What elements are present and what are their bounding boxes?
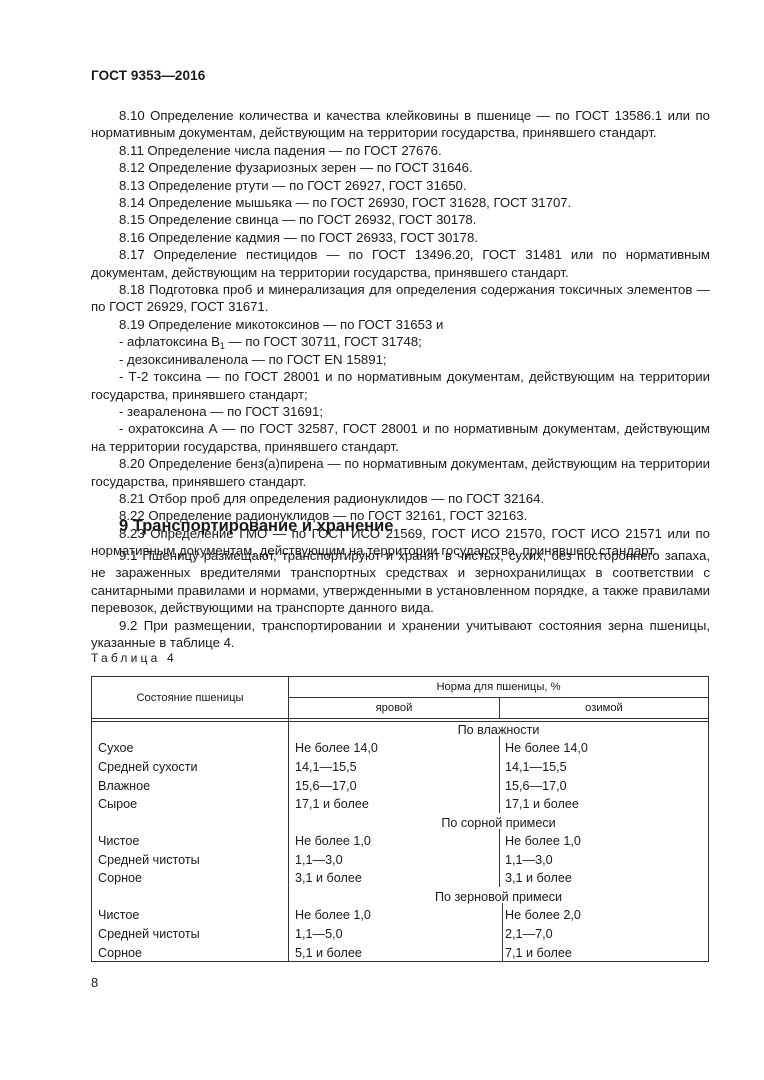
- aflatoxin-item: - афлатоксина B1 — по ГОСТ 30711, ГОСТ 3…: [91, 333, 710, 350]
- cell-state: Средней чистоты: [98, 851, 200, 870]
- column-divider: [499, 829, 500, 887]
- cell-spring: 1,1—3,0: [295, 851, 343, 870]
- cell-winter: 17,1 и более: [505, 795, 579, 814]
- paragraph: - зеараленона — по ГОСТ 31691;: [91, 403, 710, 420]
- column-divider: [502, 903, 503, 961]
- table-row: Сорное3,1 и более3,1 и более: [92, 869, 708, 888]
- cell-winter: 7,1 и более: [505, 944, 572, 963]
- cell-winter: Не более 1,0: [505, 832, 581, 851]
- table-row: Сорное5,1 и более7,1 и более: [92, 944, 708, 963]
- paragraph: 8.19 Определение микотоксинов — по ГОСТ …: [91, 316, 710, 333]
- column-divider: [499, 736, 500, 812]
- cell-state: Чистое: [98, 832, 139, 851]
- cell-winter: 1,1—3,0: [505, 851, 553, 870]
- paragraph: - Т-2 токсина — по ГОСТ 28001 и по норма…: [91, 368, 710, 403]
- table-row: Сырое17,1 и более17,1 и более: [92, 795, 708, 814]
- page-number: 8: [91, 975, 98, 990]
- cell-spring: 1,1—5,0: [295, 925, 343, 944]
- header-norm: Норма для пшеницы, %: [289, 677, 708, 698]
- table-row: ЧистоеНе более 1,0Не более 2,0: [92, 906, 708, 925]
- paragraph: 8.17 Определение пестицидов — по ГОСТ 13…: [91, 246, 710, 281]
- table-row: ЧистоеНе более 1,0Не более 1,0: [92, 832, 708, 851]
- cell-state: Сорное: [98, 944, 142, 963]
- paragraph: 8.12 Определение фузариозных зерен — по …: [91, 159, 710, 176]
- paragraph: 8.14 Определение мышьяка — по ГОСТ 26930…: [91, 194, 710, 211]
- cell-spring: Не более 1,0: [295, 832, 371, 851]
- paragraph: 8.13 Определение ртути — по ГОСТ 26927, …: [91, 177, 710, 194]
- cell-winter: Не более 2,0: [505, 906, 581, 925]
- table-row: Средней сухости14,1—15,514,1—15,5: [92, 758, 708, 777]
- cell-state: Средней чистоты: [98, 925, 200, 944]
- cell-state: Сухое: [98, 739, 134, 758]
- cell-winter: 2,1—7,0: [505, 925, 553, 944]
- aflatoxin-suffix: — по ГОСТ 30711, ГОСТ 31748;: [225, 334, 422, 349]
- paragraph: - охратоксина А — по ГОСТ 32587, ГОСТ 28…: [91, 420, 710, 455]
- methods-section: 8.10 Определение количества и качества к…: [91, 107, 710, 560]
- section-heading: 9 Транспортирование и хранение: [119, 517, 393, 536]
- cell-state: Средней сухости: [98, 758, 198, 777]
- paragraph: 8.10 Определение количества и качества к…: [91, 107, 710, 142]
- cell-spring: Не более 1,0: [295, 906, 371, 925]
- aflatoxin-prefix: - афлатоксина B: [119, 334, 220, 349]
- document-header: ГОСТ 9353—2016: [91, 68, 205, 83]
- transport-section: 9.1 Пшеницу размещают, транспортируют и …: [91, 547, 710, 651]
- paragraph: 9.1 Пшеницу размещают, транспортируют и …: [91, 547, 710, 617]
- cell-winter: 14,1—15,5: [505, 758, 567, 777]
- cell-winter: Не более 14,0: [505, 739, 588, 758]
- cell-spring: 15,6—17,0: [295, 777, 357, 796]
- table-row: Влажное15,6—17,015,6—17,0: [92, 777, 708, 796]
- paragraph: 8.21 Отбор проб для определения радионук…: [91, 490, 710, 507]
- paragraph: 8.15 Определение свинца — по ГОСТ 26932,…: [91, 211, 710, 228]
- column-divider: [499, 698, 500, 718]
- cell-spring: 17,1 и более: [295, 795, 369, 814]
- paragraph: 9.2 При размещении, транспортировании и …: [91, 617, 710, 652]
- paragraph: 8.16 Определение кадмия — по ГОСТ 26933,…: [91, 229, 710, 246]
- cell-spring: 3,1 и более: [295, 869, 362, 888]
- table-row: СухоеНе более 14,0Не более 14,0: [92, 739, 708, 758]
- cell-winter: 3,1 и более: [505, 869, 572, 888]
- cell-spring: 5,1 и более: [295, 944, 362, 963]
- paragraph: 8.20 Определение бенз(а)пирена — по норм…: [91, 455, 710, 490]
- table-row: Средней чистоты1,1—3,01,1—3,0: [92, 851, 708, 870]
- cell-state: Влажное: [98, 777, 150, 796]
- paragraph: 8.11 Определение числа падения — по ГОСТ…: [91, 142, 710, 159]
- cell-state: Сырое: [98, 795, 137, 814]
- header-spring: яровой: [289, 698, 499, 718]
- wheat-state-table: Состояние пшеницы Норма для пшеницы, % я…: [91, 676, 709, 962]
- table-caption: Таблица 4: [91, 651, 177, 665]
- cell-spring: 14,1—15,5: [295, 758, 357, 777]
- table-row: Средней чистоты1,1—5,02,1—7,0: [92, 925, 708, 944]
- header-state: Состояние пшеницы: [92, 677, 288, 718]
- paragraph: 8.18 Подготовка проб и минерализация для…: [91, 281, 710, 316]
- cell-winter: 15,6—17,0: [505, 777, 567, 796]
- cell-state: Чистое: [98, 906, 139, 925]
- cell-spring: Не более 14,0: [295, 739, 378, 758]
- cell-state: Сорное: [98, 869, 142, 888]
- paragraph: - дезоксиниваленола — по ГОСТ EN 15891;: [91, 351, 710, 368]
- header-winter: озимой: [500, 698, 708, 718]
- group-title: По зерновой примеси: [289, 888, 708, 906]
